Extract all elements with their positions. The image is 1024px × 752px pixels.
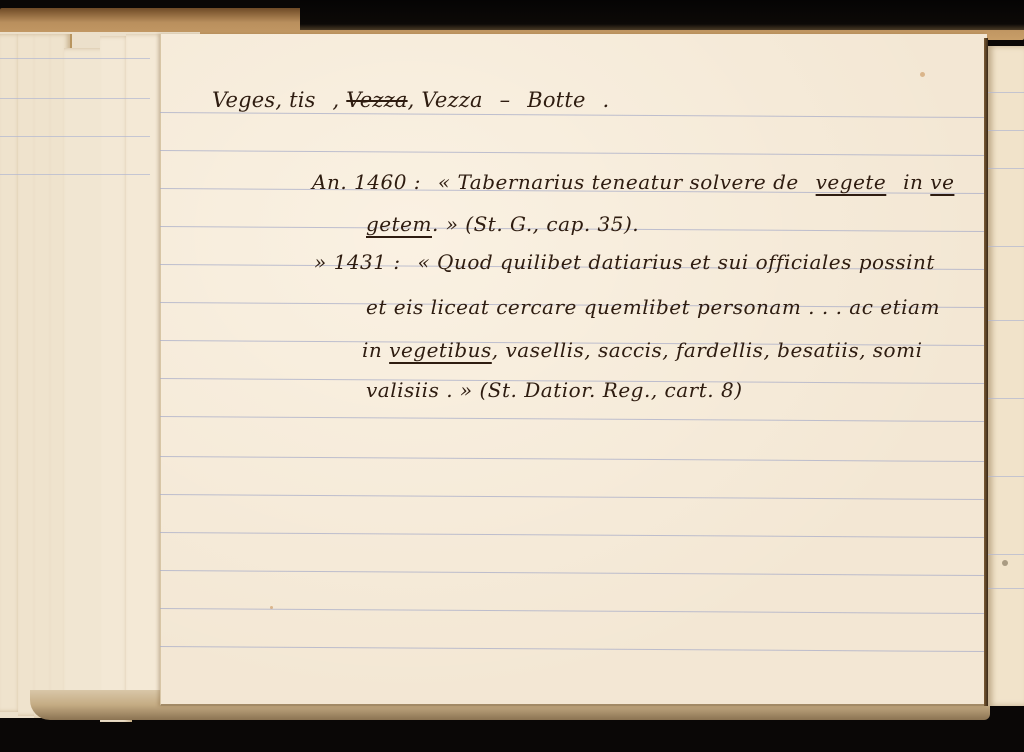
- ruled-line: [988, 168, 1024, 169]
- ruled-line: [988, 476, 1024, 477]
- entry-text: , vasellis, saccis, fardellis, besatiis,…: [492, 338, 923, 362]
- dark-background-top: [300, 0, 1024, 30]
- heading-word: Vezza: [421, 88, 482, 112]
- entry-date: An. 1460 :: [312, 170, 421, 194]
- underlined-term: vegetibus: [389, 338, 492, 362]
- entry-line: valisiis . » (St. Datior. Reg., cart. 8): [366, 378, 743, 402]
- heading-word: Veges, tis: [212, 88, 316, 112]
- heading-line: Veges, tis , Vezza, Vezza – Botte .: [212, 88, 609, 112]
- underlined-term: vegete: [816, 170, 887, 194]
- entry-text: « Tabernarius teneatur solvere de: [438, 170, 799, 194]
- ruled-line: [988, 554, 1024, 555]
- entry-line: in vegetibus, vasellis, saccis, fardelli…: [362, 338, 922, 362]
- ruled-line: [988, 588, 1024, 589]
- foxing-spot: [270, 606, 273, 609]
- entry-line: getem. » (St. G., cap. 35).: [366, 212, 639, 236]
- underlined-term: getem: [366, 212, 432, 236]
- entry-citation: . » (St. G., cap. 35).: [432, 212, 639, 236]
- ruled-line: [988, 398, 1024, 399]
- notebook-page: [160, 34, 987, 706]
- ruled-line: [988, 92, 1024, 93]
- entry-text: et eis liceat cercare quemlibet personam…: [366, 295, 940, 319]
- entry-line: An. 1460 : « Tabernarius teneatur solver…: [312, 170, 954, 194]
- ruled-line: [988, 246, 1024, 247]
- heading-separator: ,: [333, 88, 340, 112]
- entry-text: in: [362, 338, 389, 362]
- entry-line: » 1431 : « Quod quilibet datiarius et su…: [314, 250, 935, 274]
- ruled-line: [0, 58, 150, 59]
- entry-text: « Quod quilibet datiarius et sui officia…: [417, 250, 934, 274]
- ruled-line: [0, 174, 150, 175]
- heading-dash: –: [500, 88, 511, 112]
- entry-citation: valisiis . » (St. Datior. Reg., cart. 8): [366, 378, 743, 402]
- struck-word: Vezza: [346, 88, 407, 112]
- heading-separator: ,: [408, 88, 415, 112]
- heading-end: .: [602, 88, 609, 112]
- ruled-line: [0, 136, 150, 137]
- heading-gloss: Botte: [527, 88, 585, 112]
- underlined-term: ve: [930, 170, 954, 194]
- entry-date: » 1431 :: [314, 250, 401, 274]
- foxing-spot: [920, 72, 925, 77]
- foxing-spot: [1002, 560, 1008, 566]
- entry-text: in: [903, 170, 930, 194]
- ruled-line: [988, 130, 1024, 131]
- ruled-line: [988, 320, 1024, 321]
- facing-page: [988, 46, 1024, 706]
- ruled-line: [0, 98, 150, 99]
- entry-line: et eis liceat cercare quemlibet personam…: [366, 295, 940, 319]
